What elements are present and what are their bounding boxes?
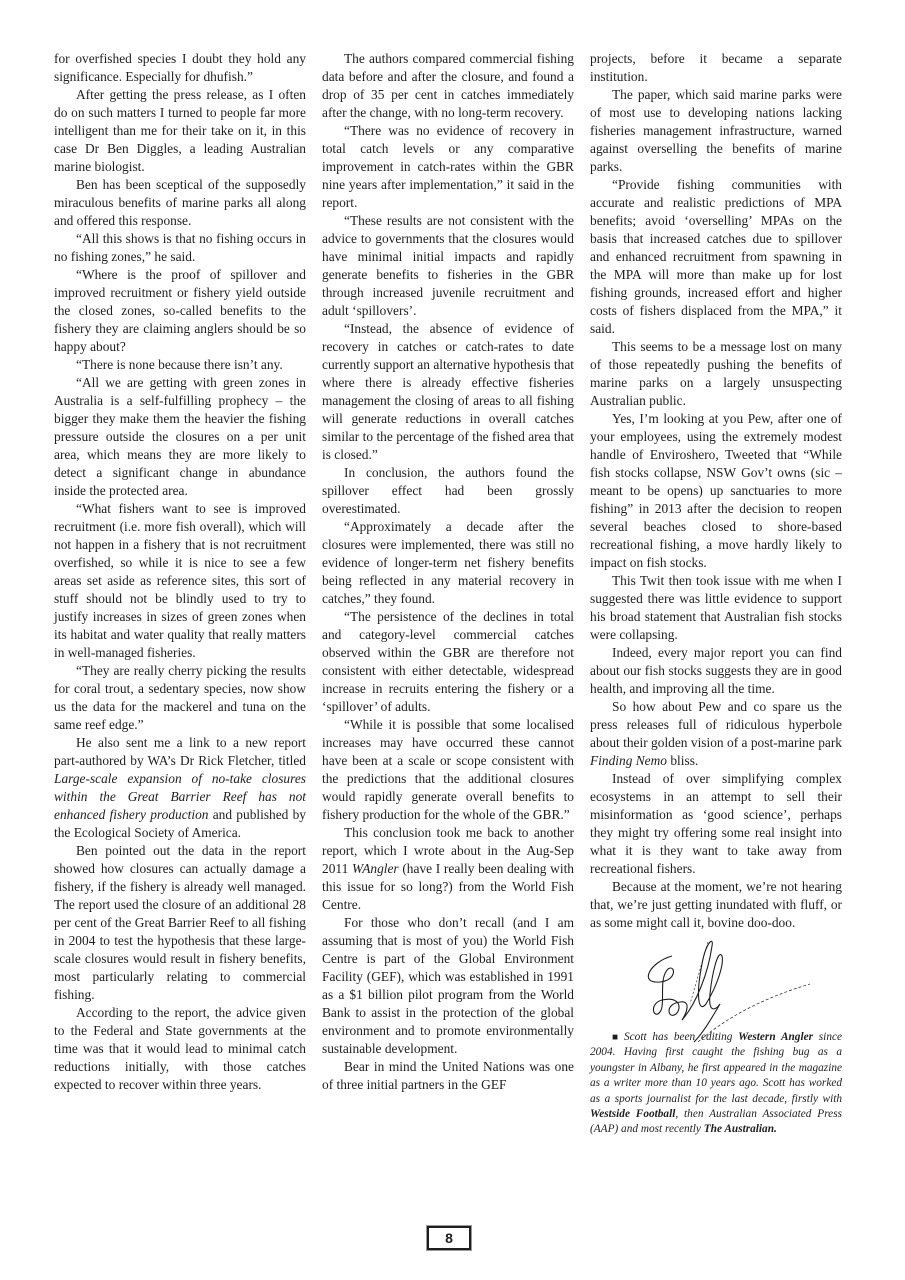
paragraph: In conclusion, the authors found the spi… [322, 464, 574, 518]
paragraph: Indeed, every major report you can find … [590, 644, 842, 698]
paragraph: The paper, which said marine parks were … [590, 86, 842, 176]
paragraph: According to the report, the advice give… [54, 1004, 306, 1094]
film-title: Finding Nemo [590, 753, 667, 768]
paragraph: “They are really cherry picking the resu… [54, 662, 306, 734]
paragraph-text: He also sent me a link to a new report p… [54, 735, 306, 768]
paragraph: This conclusion took me back to another … [322, 824, 574, 914]
paragraph: He also sent me a link to a new report p… [54, 734, 306, 842]
paragraph: “The persistence of the declines in tota… [322, 608, 574, 716]
paragraph: Instead of over simplifying complex ecos… [590, 770, 842, 878]
paragraph: “Where is the proof of spillover and imp… [54, 266, 306, 356]
author-bio: ■Scott has been editing Western Angler s… [590, 1030, 842, 1138]
paragraph-text: So how about Pew and co spare us the pre… [590, 699, 842, 750]
paragraph: Bear in mind the United Nations was one … [322, 1058, 574, 1094]
paragraph: for overfished species I doubt they hold… [54, 50, 306, 86]
paragraph: Ben pointed out the data in the report s… [54, 842, 306, 1004]
author-signature [590, 942, 842, 1030]
paragraph: “What fishers want to see is improved re… [54, 500, 306, 662]
article-column-1: for overfished species I doubt they hold… [54, 50, 306, 1094]
publication-name: Westside Football [590, 1108, 675, 1120]
paragraph: “There is none because there isn’t any. [54, 356, 306, 374]
paragraph: Yes, I’m looking at you Pew, after one o… [590, 410, 842, 572]
paragraph: “While it is possible that some localise… [322, 716, 574, 824]
page-number: 8 [427, 1226, 471, 1250]
paragraph: “Instead, the absence of evidence of rec… [322, 320, 574, 464]
paragraph: So how about Pew and co spare us the pre… [590, 698, 842, 770]
paragraph-text: bliss. [667, 753, 698, 768]
article-column-3: projects, before it became a separate in… [590, 50, 842, 1138]
magazine-title: WAngler [352, 861, 399, 876]
paragraph: Because at the moment, we’re not hearing… [590, 878, 842, 932]
paragraph: This Twit then took issue with me when I… [590, 572, 842, 644]
article-column-2: The authors compared commercial fishing … [322, 50, 574, 1094]
paragraph: “These results are not consistent with t… [322, 212, 574, 320]
paragraph: “All this shows is that no fishing occur… [54, 230, 306, 266]
paragraph: This seems to be a message lost on many … [590, 338, 842, 410]
paragraph: For those who don’t recall (and I am ass… [322, 914, 574, 1058]
paragraph: “There was no evidence of recovery in to… [322, 122, 574, 212]
paragraph: “Approximately a decade after the closur… [322, 518, 574, 608]
paragraph: After getting the press release, as I of… [54, 86, 306, 176]
paragraph: The authors compared commercial fishing … [322, 50, 574, 122]
signature-icon [620, 934, 820, 1044]
paragraph: Ben has been sceptical of the supposedly… [54, 176, 306, 230]
publication-name: The Australian. [704, 1123, 777, 1135]
paragraph: projects, before it became a separate in… [590, 50, 842, 86]
paragraph: “All we are getting with green zones in … [54, 374, 306, 500]
paragraph: “Provide fishing communities with accura… [590, 176, 842, 338]
